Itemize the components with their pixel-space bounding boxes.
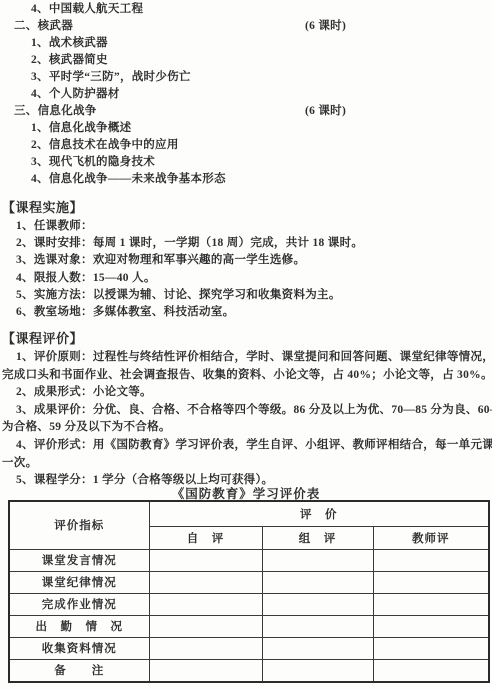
outline-item: 3、现代飞机的隐身技术 (0, 154, 492, 171)
empty-cell (149, 571, 262, 593)
empty-cell (262, 593, 373, 615)
row-label: 课堂发言情况 (9, 549, 149, 571)
col-header-teacher: 教师评 (373, 526, 489, 549)
implementation-list: 1、任课教师： 2、课时安排：每周 1 课时，一学期（18 周）完成，共计 18… (0, 218, 492, 321)
outline-item: 2、信息技术在战争中的应用 (0, 137, 492, 154)
col-header-self: 自 评 (149, 526, 262, 549)
empty-cell (373, 571, 489, 593)
implementation-item: 5、实施方法：以授课为辅、讨论、探究学习和收集资料为主。 (0, 287, 492, 304)
outline-item: 2、核武器简史 (0, 52, 492, 69)
table-row: 课堂发言情况 (9, 549, 489, 571)
implementation-item: 4、限报人数：15—40 人。 (0, 270, 492, 287)
implementation-header: 【课程实施】 (2, 197, 83, 216)
outline-section-3: 三、信息化战争 (6 课时) (0, 103, 492, 120)
table-row: 完成作业情况 (9, 593, 489, 615)
col-header-group: 组 评 (262, 526, 373, 549)
document-page: 4、中国载人航天工程 二、核武器 (6 课时) 1、战术核武器 2、核武器简史 … (0, 0, 492, 690)
empty-cell (373, 549, 489, 571)
course-outline: 4、中国载人航天工程 二、核武器 (6 课时) 1、战术核武器 2、核武器简史 … (0, 1, 492, 188)
implementation-item: 3、选课对象：欢迎对物理和军事兴趣的高一学生选修。 (0, 252, 492, 269)
outline-item: 4、个人防护器材 (0, 86, 492, 103)
evaluation-header: 【课程评价】 (2, 328, 83, 347)
row-label: 课堂纪律情况 (9, 571, 149, 593)
evaluation-line: 3、成果评价：分优、良、合格、不合格等四个等级。86 分及以上为优、70—85 … (0, 402, 492, 420)
table-row: 出 勤 情 况 (9, 615, 489, 637)
section-hours: (6 课时) (305, 18, 346, 35)
empty-cell (262, 549, 373, 571)
empty-cell (373, 659, 489, 682)
outline-section-2: 二、核武器 (6 课时) (0, 18, 492, 35)
col-header-indicator: 评价指标 (9, 501, 149, 549)
section-title: 三、信息化战争 (14, 105, 97, 117)
table-row: 课堂纪律情况 (9, 571, 489, 593)
evaluation-line: 完成口头和书面作业、社会调查报告、收集的资料、小论文等，占 40%；小论文等，占… (0, 367, 492, 385)
outline-item: 4、中国载人航天工程 (0, 1, 492, 18)
empty-cell (373, 637, 489, 659)
section-title: 二、核武器 (14, 20, 73, 32)
implementation-item: 1、任课教师： (0, 218, 492, 235)
empty-cell (149, 549, 262, 571)
table-row: 备 注 (9, 659, 489, 682)
empty-cell (149, 615, 262, 637)
empty-cell (262, 615, 373, 637)
evaluation-list: 1、评价原则：过程性与终结性评价相结合，学时、课堂提问和回答问题、课堂纪律等情况… (0, 349, 492, 490)
implementation-item: 2、课时安排：每周 1 课时，一学期（18 周）完成，共计 18 课时。 (0, 235, 492, 252)
empty-cell (149, 659, 262, 682)
implementation-item: 6、教室场地：多媒体教室、科技活动室。 (0, 304, 492, 321)
outline-item: 1、信息化战争概述 (0, 120, 492, 137)
empty-cell (262, 637, 373, 659)
row-label: 备 注 (9, 659, 149, 682)
empty-cell (262, 659, 373, 682)
empty-cell (373, 593, 489, 615)
empty-cell (262, 571, 373, 593)
row-label: 收集资料情况 (9, 637, 149, 659)
outline-item: 4、信息化战争——未来战争基本形态 (0, 171, 492, 188)
empty-cell (149, 637, 262, 659)
evaluation-line: 一次。 (0, 455, 492, 473)
empty-cell (373, 615, 489, 637)
section-hours: (6 课时) (305, 103, 346, 120)
empty-cell (149, 593, 262, 615)
evaluation-line: 为合格、59 分及以下为不合格。 (0, 419, 492, 437)
outline-item: 1、战术核武器 (0, 35, 492, 52)
row-label: 完成作业情况 (9, 593, 149, 615)
evaluation-line: 1、评价原则：过程性与终结性评价相结合，学时、课堂提问和回答问题、课堂纪律等情况… (0, 349, 492, 367)
evaluation-line: 4、评价形式：用《国防教育》学习评价表，学生自评、小组评、教师评相结合，每一单元… (0, 437, 492, 455)
row-label: 出 勤 情 况 (9, 615, 149, 637)
table-row: 收集资料情况 (9, 637, 489, 659)
evaluation-table: 评价指标 评 价 自 评 组 评 教师评 课堂发言情况 课堂纪律情况 完成作业情… (8, 500, 490, 683)
col-header-evaluation: 评 价 (149, 501, 489, 526)
evaluation-line: 2、成果形式：小论文等。 (0, 384, 492, 402)
outline-item: 3、平时学“三防”，战时少伤亡 (0, 69, 492, 86)
